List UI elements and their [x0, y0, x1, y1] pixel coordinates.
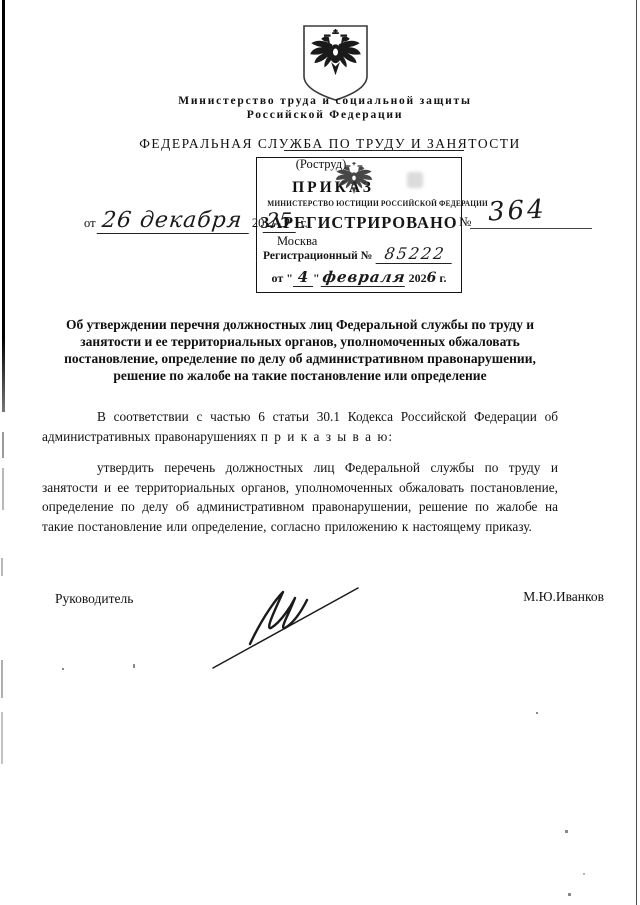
scan-dash: [2, 432, 4, 458]
number-underline: [470, 228, 592, 229]
stamp-authority: МИНИСТЕРСТВО ЮСТИЦИИ РОССИЙСКОЙ ФЕДЕРАЦИ…: [267, 199, 451, 208]
handwritten-date: 26 декабря: [96, 208, 251, 234]
body-paragraph-1: В соответствии с частью 6 статьи 30.1 Ко…: [42, 407, 558, 446]
stamp-date-row: от " 4 " февраля 202 6 г.: [257, 268, 461, 287]
handwritten-reg-number: 85222: [376, 244, 455, 264]
date-prefix: от: [84, 216, 96, 231]
scan-speck: [62, 668, 64, 670]
title-line: решение по жалобе на такие постановление…: [42, 367, 558, 384]
scan-speck: [133, 664, 135, 668]
handwritten-day: 4: [293, 268, 313, 287]
ministry-of-justice-registration-stamp: МИНИСТЕРСТВО ЮСТИЦИИ РОССИЙСКОЙ ФЕДЕРАЦИ…: [256, 157, 462, 293]
stamp-status: ЗАРЕГИСТРИРОВАНО: [257, 213, 461, 233]
document-title: Об утверждении перечня должностных лиц Ф…: [42, 316, 558, 384]
ministry-line2: Российской Федерации: [5, 109, 640, 123]
scan-speck: [536, 712, 538, 714]
scan-speck: [565, 830, 568, 833]
paragraph1-emphasis: п р и к а з ы в а ю:: [261, 429, 393, 444]
letterhead-rule: [284, 150, 464, 151]
ministry-header: Министерство труда и социальной защиты Р…: [5, 95, 640, 122]
title-line: Об утверждении перечня должностных лиц Ф…: [42, 316, 558, 333]
close-quote: ": [313, 271, 320, 286]
scan-dash: [1, 712, 3, 764]
scan-dash: [2, 468, 4, 510]
stamp-registration-number-row: Регистрационный № 85222: [263, 244, 453, 264]
stamp-date-prefix: от: [272, 271, 284, 286]
scanned-order-document: Министерство труда и социальной защиты Р…: [0, 0, 640, 905]
title-line: занятости и ее территориальных органов, …: [42, 333, 558, 350]
stamp-year-printed: 202: [409, 271, 427, 286]
scan-dash: [1, 660, 3, 698]
russia-coat-of-arms-icon: [302, 24, 369, 102]
stamp-smudge: [407, 172, 423, 188]
body-paragraph-2: утвердить перечень должностных лиц Федер…: [42, 458, 558, 536]
stamp-eagle-icon: [331, 162, 377, 198]
stamp-date-suffix: г.: [439, 271, 446, 286]
scan-speck: [583, 873, 585, 875]
title-line: постановление, определение по делу об ад…: [42, 350, 558, 367]
reg-number-label: Регистрационный №: [263, 250, 372, 262]
scan-speck: [568, 893, 571, 896]
scan-dash: [1, 558, 3, 576]
handwritten-month: февраля: [320, 268, 407, 287]
handwritten-year-digit: 6: [427, 270, 437, 286]
handwritten-number: 364: [487, 194, 547, 227]
scan-edge-left: [2, 0, 5, 412]
ministry-line1: Министерство труда и социальной защиты: [5, 95, 640, 109]
handwritten-signature-icon: [205, 582, 365, 672]
open-quote: ": [286, 271, 293, 286]
